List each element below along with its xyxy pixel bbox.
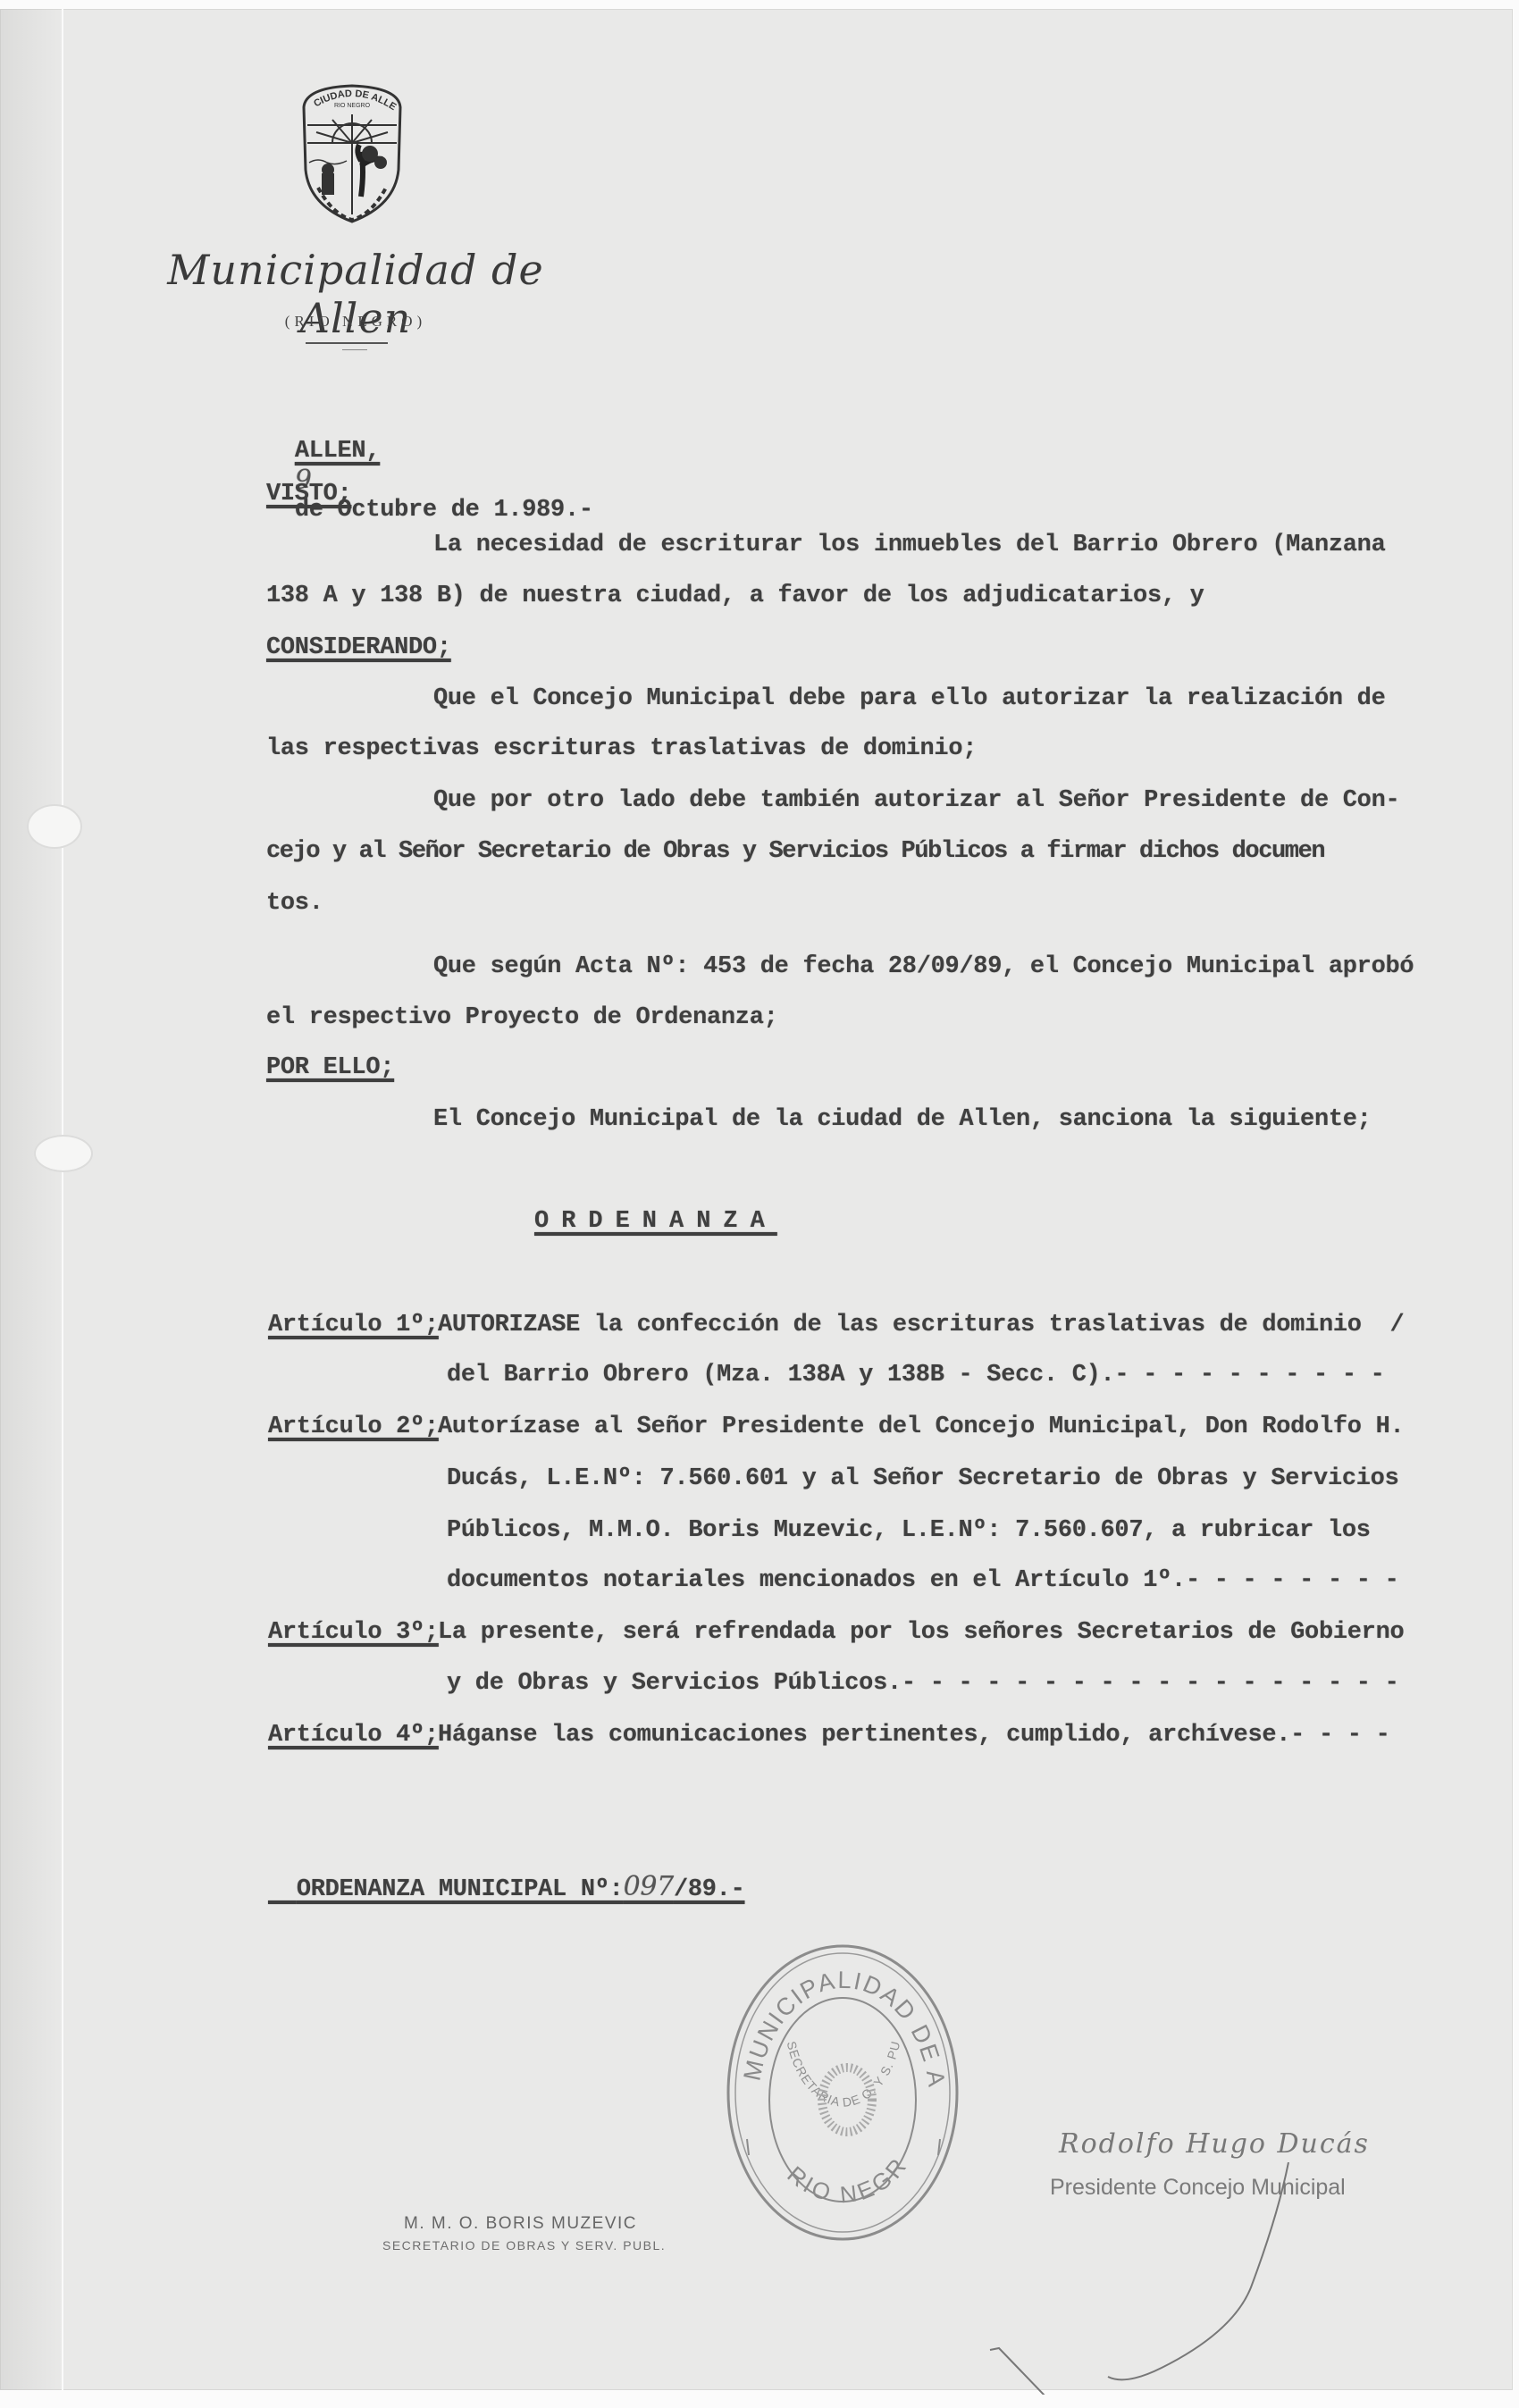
article-label: Artículo 2º;	[268, 1414, 439, 1440]
article-line: del Barrio Obrero (Mza. 138A y 138B - Se…	[447, 1362, 1385, 1389]
por-ello-heading: POR ELLO;	[266, 1054, 394, 1081]
article-line: documentos notariales mencionados en el …	[447, 1567, 1398, 1594]
article-line: Autorízase al Señor Presidente del Conce…	[438, 1414, 1404, 1440]
considerando-line: el respectivo Proyecto de Ordenanza;	[266, 1004, 778, 1031]
article-line: AUTORIZASE la confección de las escritur…	[438, 1312, 1404, 1338]
article-line: La presente, será refrendada por los señ…	[438, 1619, 1404, 1646]
article-line: Ducás, L.E.Nº: 7.560.601 y al Señor Secr…	[447, 1465, 1398, 1492]
considerando-line: Que según Acta Nº: 453 de fecha 28/09/89…	[433, 953, 1414, 980]
considerando-line: cejo y al Señor Secretario de Obras y Se…	[266, 838, 1324, 865]
article-line: Háganse las comunicaciones pertinentes, …	[438, 1722, 1389, 1749]
ordinance-number: ORDENANZA MUNICIPAL Nº:097/89.-	[268, 1844, 744, 1903]
article-label: Artículo 3º;	[268, 1619, 439, 1646]
visto-line: 138 A y 138 B) de nuestra ciudad, a favo…	[266, 583, 1204, 609]
considerando-line: Que el Concejo Municipal debe para ello …	[433, 685, 1385, 712]
considerando-line: Que por otro lado debe también autorizar…	[433, 787, 1399, 814]
article-line: y de Obras y Servicios Públicos.- - - - …	[447, 1670, 1398, 1697]
ordinance-number-handwritten: 097	[624, 1871, 674, 1902]
considerando-line: las respectivas escrituras traslativas d…	[266, 735, 977, 762]
visto-heading: VISTO;	[266, 481, 351, 508]
svg-text:MUNICIPALIDAD DE ALLEN: MUNICIPALIDAD DE ALLEN	[722, 1941, 951, 2090]
considerando-line: tos.	[266, 890, 323, 917]
punch-hole	[29, 806, 80, 847]
secretary-stamp-role: SECRETARIO DE OBRAS Y SERV. PUBL.	[382, 2238, 666, 2253]
municipal-seal-icon: MUNICIPALIDAD DE ALLEN RIO NEGRO SECRETA…	[722, 1941, 963, 2244]
article-line: Públicos, M.M.O. Boris Muzevic, L.E.Nº: …	[447, 1517, 1371, 1544]
ordinance-number-suffix: /89.-	[674, 1876, 745, 1903]
article-label: Artículo 1º;	[268, 1312, 439, 1338]
svg-text:RIO NEGRO: RIO NEGRO	[334, 103, 371, 109]
letterhead-rule	[342, 349, 367, 350]
punch-hole	[36, 1137, 91, 1170]
letterhead-rule	[306, 342, 388, 344]
considerando-heading: CONSIDERANDO;	[266, 634, 451, 661]
ordinance-number-prefix: ORDENANZA MUNICIPAL Nº:	[297, 1876, 624, 1903]
ordenanza-heading: ORDENANZA	[534, 1208, 777, 1235]
visto-line: La necesidad de escriturar los inmuebles…	[433, 532, 1385, 558]
secretary-stamp-name: M. M. O. BORIS MUZEVIC	[404, 2214, 637, 2234]
president-signature-name: Rodolfo Hugo Ducás	[1059, 2128, 1370, 2160]
article-label: Artículo 4º;	[268, 1722, 439, 1749]
por-ello-line: El Concejo Municipal de la ciudad de All…	[433, 1106, 1372, 1133]
coat-of-arms-icon: CIUDAD DE ALLEN RIO NEGRO	[297, 80, 407, 223]
date-place: ALLEN,	[295, 438, 380, 465]
handwritten-signature-icon	[965, 2162, 1358, 2395]
letterhead-subtitle: (RIO NEGRO)	[114, 313, 597, 331]
scan-fold-line	[62, 9, 63, 2390]
